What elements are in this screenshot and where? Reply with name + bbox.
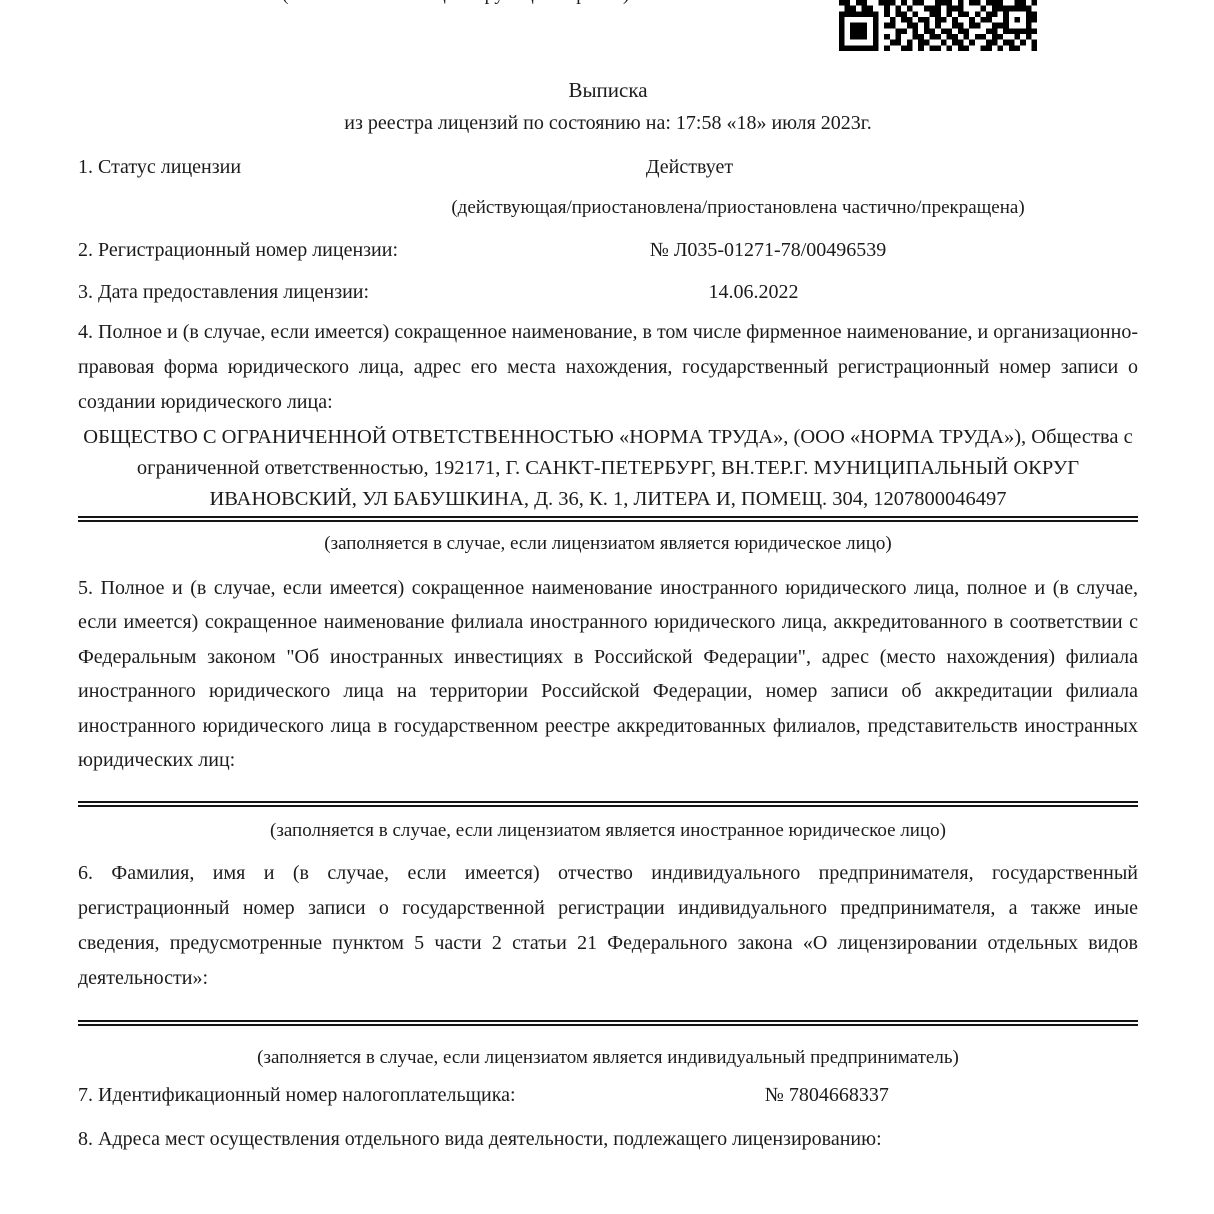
license-extract-document: (наименование лицензирующего органа) Вып… — [0, 0, 1214, 1214]
license-status-hint-row: (действующая/приостановлена/приостановле… — [78, 196, 1138, 220]
field-taxpayer-number: 7. Идентификационный номер налогоплатель… — [78, 1082, 1138, 1108]
document-title: Выписка — [78, 76, 1138, 104]
separator-rule-individual-entrepreneur — [78, 1020, 1138, 1026]
item5-foreign-entity-description: 5. Полное и (в случае, если имеется) сок… — [78, 571, 1138, 777]
item8-activity-addresses-heading: 8. Адреса мест осуществления отдельного … — [78, 1122, 1138, 1157]
taxpayer-number-label: 7. Идентификационный номер налогоплатель… — [78, 1082, 516, 1108]
item4-company-details: ОБЩЕСТВО С ОГРАНИЧЕННОЙ ОТВЕТСТВЕННОСТЬЮ… — [78, 422, 1138, 515]
license-status-value: Действует — [241, 154, 1138, 180]
item4-fill-caption: (заполняется в случае, если лицензиатом … — [78, 532, 1138, 556]
taxpayer-number-value: № 7804668337 — [516, 1082, 1138, 1108]
item6-fill-caption: (заполняется в случае, если лицензиатом … — [78, 1046, 1138, 1070]
item5-fill-caption: (заполняется в случае, если лицензиатом … — [78, 819, 1138, 843]
clipped-form-caption: (наименование лицензирующего органа) — [256, 0, 656, 5]
license-status-label: 1. Статус лицензии — [78, 154, 241, 180]
registration-number-label: 2. Регистрационный номер лицензии: — [78, 237, 398, 263]
field-grant-date: 3. Дата предоставления лицензии: 14.06.2… — [78, 279, 1138, 305]
item6-individual-entrepreneur-description: 6. Фамилия, имя и (в случае, если имеетс… — [78, 856, 1138, 996]
field-license-status: 1. Статус лицензии Действует — [78, 154, 1138, 180]
item4-legal-entity-description: 4. Полное и (в случае, если имеется) сок… — [78, 315, 1138, 420]
hint-spacer — [78, 196, 338, 220]
registration-number-value: № Л035-01271-78/00496539 — [398, 237, 1138, 263]
document-subtitle: из реестра лицензий по состоянию на: 17:… — [78, 110, 1138, 136]
grant-date-value: 14.06.2022 — [369, 279, 1138, 305]
separator-rule-foreign-entity — [78, 801, 1138, 807]
license-status-hint: (действующая/приостановлена/приостановле… — [338, 196, 1138, 220]
qr-code — [838, 0, 1038, 51]
separator-rule-legal-entity — [78, 516, 1138, 522]
grant-date-label: 3. Дата предоставления лицензии: — [78, 279, 369, 305]
field-registration-number: 2. Регистрационный номер лицензии: № Л03… — [78, 237, 1138, 263]
